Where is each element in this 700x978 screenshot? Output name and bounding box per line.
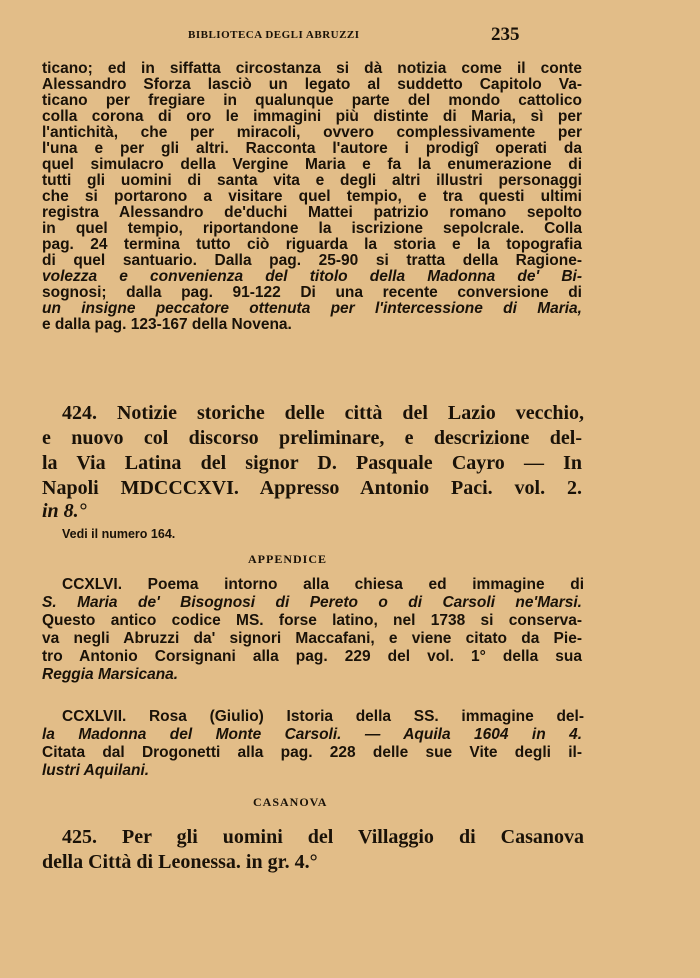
text-line: volezza e convenienza del titolo della M… — [42, 269, 582, 285]
page-number: 235 — [491, 24, 520, 46]
text-line: l'una e per gli altri. Racconta l'autore… — [42, 141, 582, 157]
entry-line: Reggia Marsicana. — [42, 667, 582, 683]
entry-line: la Via Latina del signor D. Pasquale Cay… — [42, 452, 582, 474]
entry-line: lustri Aquilani. — [42, 763, 582, 779]
entry-line: Questo antico codice MS. forse latino, n… — [42, 613, 582, 629]
running-title: BIBLIOTECA DEGLI ABRUZZI — [188, 29, 360, 41]
text-line: registra Alessandro de'duchi Mattei patr… — [42, 205, 582, 221]
entry-line: tro Antonio Corsignani alla pag. 229 del… — [42, 649, 582, 665]
entry-line: la Madonna del Monte Carsoli. — Aquila 1… — [42, 727, 582, 743]
entry-line: va negli Abruzzi da' signori Maccafani, … — [42, 631, 582, 647]
text-line: ticano; ed in siffatta circostanza si dà… — [42, 61, 582, 77]
entry-line: Citata dal Drogonetti alla pag. 228 dell… — [42, 745, 582, 761]
text-line: che si portarono a visitare quel tempio,… — [42, 189, 582, 205]
entry-line: 425. Per gli uomini del Villaggio di Cas… — [62, 826, 584, 848]
section-heading-appendice: APPENDICE — [248, 552, 327, 567]
text-line: ticano per fregiare in qualunque parte d… — [42, 93, 582, 109]
text-line: tutti gli uomini di santa vita e degli a… — [42, 173, 582, 189]
text-line: quel simulacro della Vergine Maria e fa … — [42, 157, 582, 173]
section-heading-casanova: CASANOVA — [253, 795, 327, 810]
cross-reference-note: Vedi il numero 164. — [62, 527, 175, 541]
text-line: di quel santuario. Dalla pag. 25-90 si t… — [42, 253, 582, 269]
text-line: in quel tempio, riportandone la iscrizio… — [42, 221, 582, 237]
text-line: pag. 24 termina tutto ciò riguarda la st… — [42, 237, 582, 253]
text-line: Alessandro Sforza lasciò un legato al su… — [42, 77, 582, 93]
book-page: BIBLIOTECA DEGLI ABRUZZI 235 ticano; ed … — [0, 0, 700, 978]
entry-line: e nuovo col discorso preliminare, e desc… — [42, 427, 582, 449]
entry-line: in 8.° — [42, 500, 582, 522]
text-line: colla corona di oro le immagini più dist… — [42, 109, 582, 125]
text-line: e dalla pag. 123-167 della Novena. — [42, 317, 582, 333]
text-line: un insigne peccatore ottenuta per l'inte… — [42, 301, 582, 317]
entry-line: Napoli MDCCCXVI. Appresso Antonio Paci. … — [42, 477, 582, 499]
entry-line: CCXLVII. Rosa (Giulio) Istoria della SS.… — [62, 709, 584, 725]
entry-line: della Città di Leonessa. in gr. 4.° — [42, 851, 582, 873]
entry-line: 424. Notizie storiche delle città del La… — [62, 402, 584, 424]
entry-line: S. Maria de' Bisognosi di Pereto o di Ca… — [42, 595, 582, 611]
text-line: l'antichità, che per miracoli, ovvero co… — [42, 125, 582, 141]
entry-line: CCXLVI. Poema intorno alla chiesa ed imm… — [62, 577, 584, 593]
text-line: sognosi; dalla pag. 91-122 Di una recent… — [42, 285, 582, 301]
